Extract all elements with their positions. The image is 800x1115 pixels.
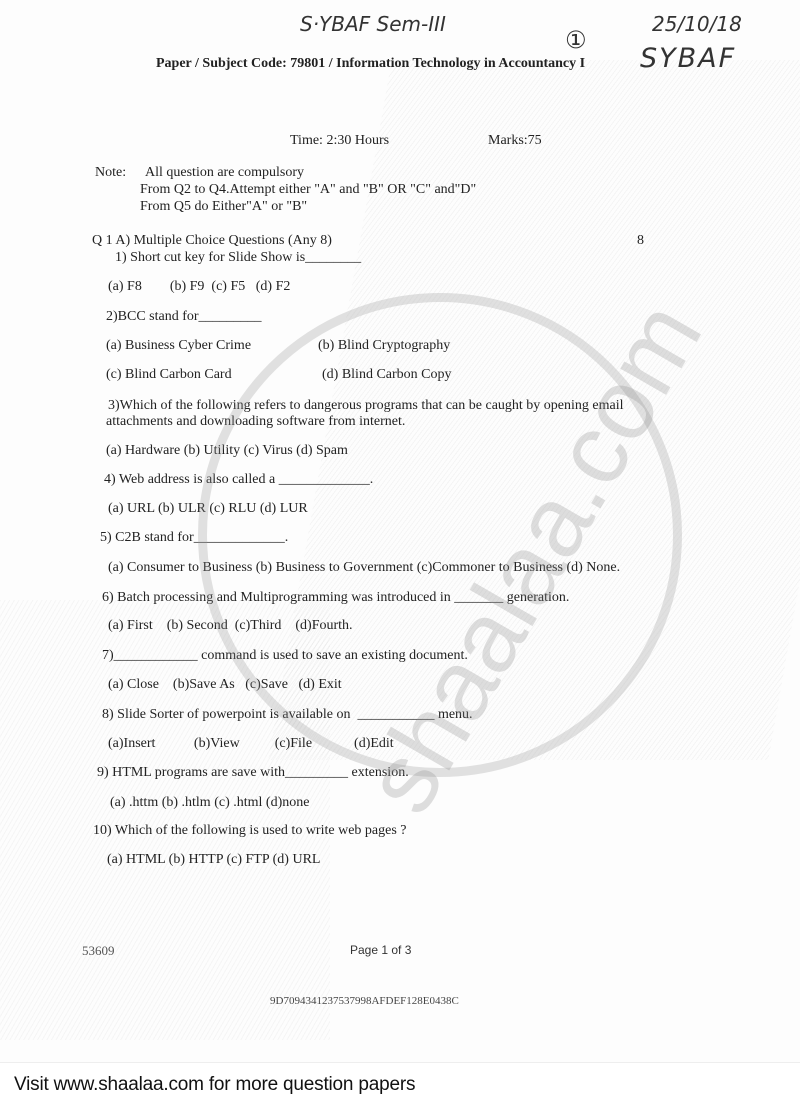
section-title: Q 1 A) Multiple Choice Questions (Any 8) xyxy=(92,233,332,249)
question-options: (a) Hardware (b) Utility (c) Virus (d) S… xyxy=(106,443,348,459)
question-options: (a) Close (b)Save As (c)Save (d) Exit xyxy=(108,677,342,693)
question-text: 2)BCC stand for_________ xyxy=(106,309,262,325)
question-option: (c) Blind Carbon Card xyxy=(106,367,232,383)
question-options: (a) F8 (b) F9 (c) F5 (d) F2 xyxy=(108,279,290,295)
question-text: 1) Short cut key for Slide Show is______… xyxy=(115,250,361,266)
question-option: (d) Blind Carbon Copy xyxy=(322,367,452,383)
handwritten-class-label: S·YBAF Sem-III xyxy=(300,12,446,36)
note-line: From Q5 do Either"A" or "B" xyxy=(140,199,307,215)
page-indicator: Page 1 of 3 xyxy=(350,943,411,957)
paper-code: 53609 xyxy=(82,943,115,959)
watermark-text: shaalaa.com xyxy=(342,283,725,832)
question-options: (a) URL (b) ULR (c) RLU (d) LUR xyxy=(108,501,308,517)
question-options: (a)Insert (b)View (c)File (d)Edit xyxy=(108,736,394,752)
handwritten-date: 25/10/18 xyxy=(652,12,742,36)
subject-line: Paper / Subject Code: 79801 / Informatio… xyxy=(156,56,585,72)
document-hash: 9D7094341237537998AFDEF128E0438C xyxy=(270,995,459,1007)
handwritten-page-number: ① xyxy=(565,26,587,54)
exam-marks: Marks:75 xyxy=(488,133,542,149)
question-options: (a) .httm (b) .htlm (c) .html (d)none xyxy=(110,795,309,811)
section-marks: 8 xyxy=(637,233,644,249)
question-option: (a) Business Cyber Crime xyxy=(106,338,251,354)
handwritten-side-label: SYBAF xyxy=(640,43,736,74)
question-text: 8) Slide Sorter of powerpoint is availab… xyxy=(102,707,473,723)
promo-footer: Visit www.shaalaa.com for more question … xyxy=(14,1074,415,1096)
note-line: All question are compulsory xyxy=(145,165,304,181)
question-text: 6) Batch processing and Multiprogramming… xyxy=(102,590,569,606)
scan-texture xyxy=(0,600,330,1040)
question-text: 9) HTML programs are save with_________ … xyxy=(97,765,409,781)
question-text: 5) C2B stand for_____________. xyxy=(100,530,288,546)
question-options: (a) HTML (b) HTTP (c) FTP (d) URL xyxy=(107,852,320,868)
question-options: (a) Consumer to Business (b) Business to… xyxy=(108,560,620,576)
question-text: attachments and downloading software fro… xyxy=(106,414,405,430)
question-text: 7)____________ command is used to save a… xyxy=(102,648,468,664)
question-options: (a) First (b) Second (c)Third (d)Fourth. xyxy=(108,618,353,634)
note-line: From Q2 to Q4.Attempt either "A" and "B"… xyxy=(140,182,476,198)
question-option: (b) Blind Cryptography xyxy=(318,338,450,354)
question-text: 3)Which of the following refers to dange… xyxy=(108,398,624,414)
question-text: 4) Web address is also called a ________… xyxy=(104,472,373,488)
question-text: 10) Which of the following is used to wr… xyxy=(93,823,407,839)
exam-page: S·YBAF Sem-III 25/10/18 ① SYBAF Paper / … xyxy=(0,0,800,1063)
exam-time: Time: 2:30 Hours xyxy=(290,133,389,149)
note-label: Note: xyxy=(95,165,126,181)
